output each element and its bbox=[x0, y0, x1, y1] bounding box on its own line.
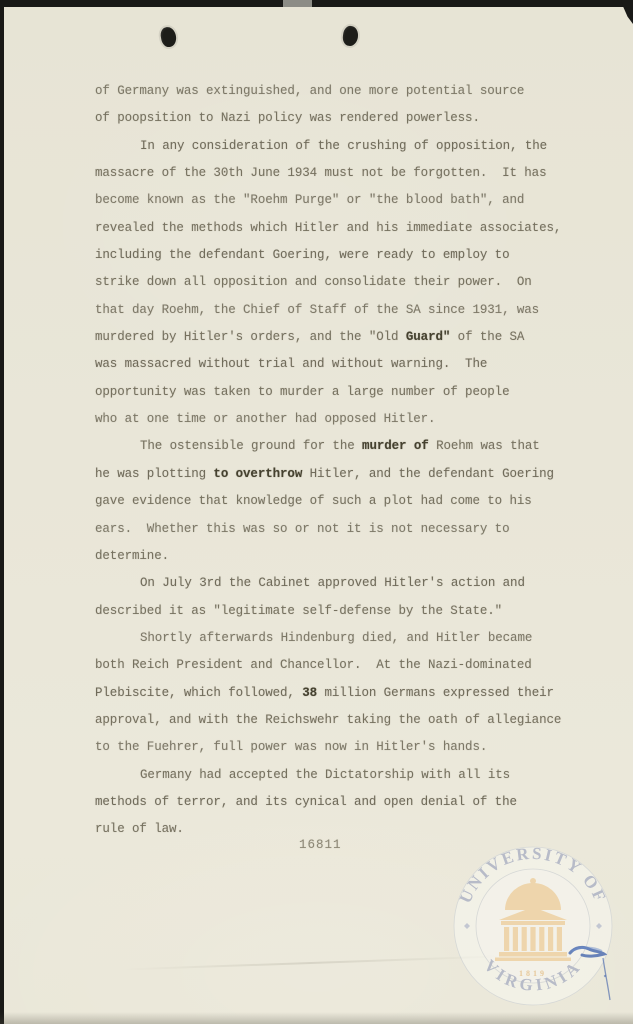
bold-text-segment: murder of bbox=[362, 439, 429, 453]
text-line: murdered by Hitler's orders, and the "Ol… bbox=[95, 330, 595, 357]
text-segment: of Germany was extinguished, and one mor… bbox=[95, 84, 524, 98]
text-segment: of the SA bbox=[450, 330, 524, 344]
text-segment: Plebiscite, which followed, bbox=[95, 686, 302, 700]
text-line: determine. bbox=[95, 549, 595, 576]
scan-edge-left bbox=[0, 0, 4, 1024]
text-segment: strike down all opposition and consolida… bbox=[95, 275, 532, 289]
text-segment: gave evidence that knowledge of such a p… bbox=[95, 494, 532, 508]
typewritten-text-block: of Germany was extinguished, and one mor… bbox=[95, 84, 595, 850]
text-segment: who at one time or another had opposed H… bbox=[95, 412, 435, 426]
text-segment: he was plotting bbox=[95, 467, 213, 481]
text-line: who at one time or another had opposed H… bbox=[95, 412, 595, 439]
text-segment: of poopsition to Nazi policy was rendere… bbox=[95, 111, 480, 125]
text-line: Germany had accepted the Dictatorship wi… bbox=[95, 768, 595, 795]
text-segment: to the Fuehrer, full power was now in Hi… bbox=[95, 740, 487, 754]
bold-text-segment: 38 bbox=[302, 686, 317, 700]
text-line: was massacred without trial and without … bbox=[95, 357, 595, 384]
text-line: including the defendant Goering, were re… bbox=[95, 248, 595, 275]
text-segment: rule of law. bbox=[95, 822, 184, 836]
text-segment: described it as "legitimate self-defense… bbox=[95, 604, 502, 618]
text-segment: Hitler, and the defendant Goering bbox=[302, 467, 554, 481]
text-segment: Roehm was that bbox=[429, 439, 540, 453]
text-segment: that day Roehm, the Chief of Staff of th… bbox=[95, 303, 539, 317]
text-segment: approval, and with the Reichswehr taking… bbox=[95, 713, 561, 727]
text-segment: was massacred without trial and without … bbox=[95, 357, 487, 371]
text-line: On July 3rd the Cabinet approved Hitler'… bbox=[95, 576, 595, 603]
text-line: both Reich President and Chancellor. At … bbox=[95, 658, 595, 685]
text-line: methods of terror, and its cynical and o… bbox=[95, 795, 595, 822]
scan-edge-top-right bbox=[621, 0, 633, 24]
text-segment: determine. bbox=[95, 549, 169, 563]
text-line: revealed the methods which Hitler and hi… bbox=[95, 221, 595, 248]
text-segment: million Germans expressed their bbox=[317, 686, 554, 700]
text-segment: become known as the "Roehm Purge" or "th… bbox=[95, 193, 524, 207]
scanned-document-page: of Germany was extinguished, and one mor… bbox=[0, 0, 633, 1024]
text-segment: On July 3rd the Cabinet approved Hitler'… bbox=[140, 576, 525, 590]
text-segment: Shortly afterwards Hindenburg died, and … bbox=[140, 631, 532, 645]
scan-edge-bottom bbox=[0, 1012, 633, 1024]
text-segment: ears. Whether this was so or not it is n… bbox=[95, 522, 509, 536]
seal-year: 1819 bbox=[519, 969, 547, 978]
text-line: Plebiscite, which followed, 38 million G… bbox=[95, 686, 595, 713]
bold-text-segment: to overthrow bbox=[213, 467, 302, 481]
text-segment: In any consideration of the crushing of … bbox=[140, 139, 547, 153]
text-line: Shortly afterwards Hindenburg died, and … bbox=[95, 631, 595, 658]
text-line: he was plotting to overthrow Hitler, and… bbox=[95, 467, 595, 494]
punch-hole-left bbox=[159, 26, 177, 48]
text-segment: revealed the methods which Hitler and hi… bbox=[95, 221, 561, 235]
typewritten-lines: of Germany was extinguished, and one mor… bbox=[95, 84, 595, 850]
text-segment: murdered by Hitler's orders, and the "Ol… bbox=[95, 330, 406, 344]
text-segment: The ostensible ground for the bbox=[140, 439, 362, 453]
text-line: approval, and with the Reichswehr taking… bbox=[95, 713, 595, 740]
text-line: In any consideration of the crushing of … bbox=[95, 139, 595, 166]
text-line: to the Fuehrer, full power was now in Hi… bbox=[95, 740, 595, 767]
text-line: opportunity was taken to murder a large … bbox=[95, 385, 595, 412]
text-segment: including the defendant Goering, were re… bbox=[95, 248, 509, 262]
scan-edge-top-gap bbox=[283, 0, 312, 7]
text-line: strike down all opposition and consolida… bbox=[95, 275, 595, 302]
text-line: described it as "legitimate self-defense… bbox=[95, 604, 595, 631]
bold-text-segment: Guard" bbox=[406, 330, 450, 344]
text-line: The ostensible ground for the murder of … bbox=[95, 439, 595, 466]
text-line: massacre of the 30th June 1934 must not … bbox=[95, 166, 595, 193]
text-line: of Germany was extinguished, and one mor… bbox=[95, 84, 595, 111]
text-segment: Germany had accepted the Dictatorship wi… bbox=[140, 768, 510, 782]
text-line: gave evidence that knowledge of such a p… bbox=[95, 494, 595, 521]
text-line: that day Roehm, the Chief of Staff of th… bbox=[95, 303, 595, 330]
punch-hole-right bbox=[342, 25, 360, 47]
text-segment: massacre of the 30th June 1934 must not … bbox=[95, 166, 546, 180]
text-segment: opportunity was taken to murder a large … bbox=[95, 385, 509, 399]
text-line: become known as the "Roehm Purge" or "th… bbox=[95, 193, 595, 220]
text-line: of poopsition to Nazi policy was rendere… bbox=[95, 111, 595, 138]
text-segment: methods of terror, and its cynical and o… bbox=[95, 795, 517, 809]
scan-edge-top bbox=[0, 0, 633, 7]
text-line: ears. Whether this was so or not it is n… bbox=[95, 522, 595, 549]
text-segment: both Reich President and Chancellor. At … bbox=[95, 658, 532, 672]
page-number: 16811 bbox=[299, 838, 342, 852]
